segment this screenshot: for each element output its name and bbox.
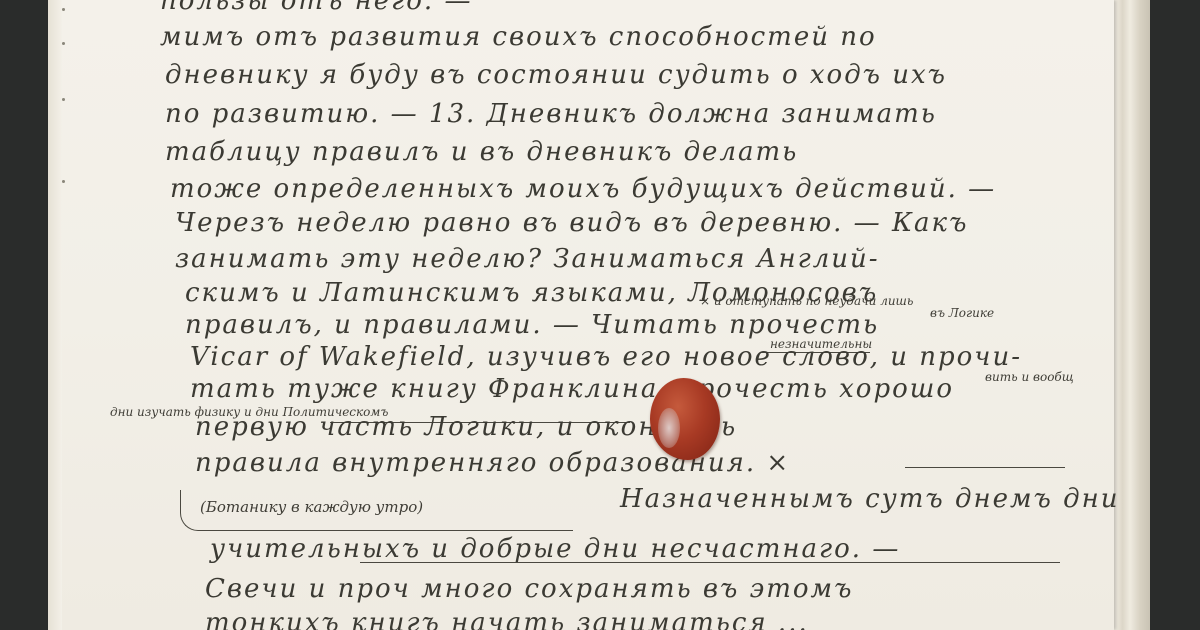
interlinear-note: вить и вообщ — [985, 370, 1074, 384]
red-wax-seal — [650, 378, 720, 460]
page-edge-shadow — [48, 0, 62, 630]
margin-mark — [62, 8, 65, 11]
margin-mark — [62, 42, 65, 45]
manuscript-line-11: Vicar of Wakefield, изучивъ его новое сл… — [190, 342, 1022, 372]
manuscript-line-5: таблицу правилъ и въ дневникъ делать — [165, 137, 798, 167]
manuscript-line-16: учительныхъ и добрые дни несчастнаго. — — [210, 534, 900, 564]
manuscript-line-1: пользы отъ него. — — [160, 0, 472, 16]
manuscript-line-17: Свечи и проч много сохранять въ этомъ — [205, 574, 853, 604]
underline — [360, 562, 1060, 563]
manuscript-line-12: тать туже книгу Франклина, прочесть хоро… — [190, 374, 954, 404]
manuscript-line-8: занимать эту неделю? Заниматься Англий- — [175, 244, 880, 274]
margin-mark — [62, 98, 65, 101]
manuscript-line-10: правилъ, и правилами. — Читать прочесть — [185, 310, 879, 340]
manuscript-line-3: дневнику я буду въ состоянии судить о хо… — [165, 60, 947, 90]
manuscript-line-4: по развитию. — 13. Дневникъ должна заним… — [165, 99, 937, 129]
manuscript-line-2: мимъ отъ развития своихъ способностей по — [160, 22, 877, 52]
manuscript-line-18: тонкихъ книгъ начать заниматься ... — [205, 608, 809, 630]
manuscript-line-7: Черезъ неделю равно въ видъ въ деревню. … — [175, 208, 968, 238]
margin-mark — [62, 180, 65, 183]
dash-rule — [905, 467, 1065, 468]
manuscript-line-15: Назначеннымъ сутъ днемъ дни — [620, 484, 1120, 514]
bracketed-note: (Ботанику в каждую утро) — [200, 498, 423, 516]
seal-highlight — [658, 408, 680, 448]
interlinear-note: × и отступать по неудачи лишь — [700, 294, 913, 308]
interlinear-note: въ Логике — [930, 306, 994, 320]
manuscript-line-6: тоже определенныхъ моихъ будущихъ действ… — [170, 174, 996, 204]
